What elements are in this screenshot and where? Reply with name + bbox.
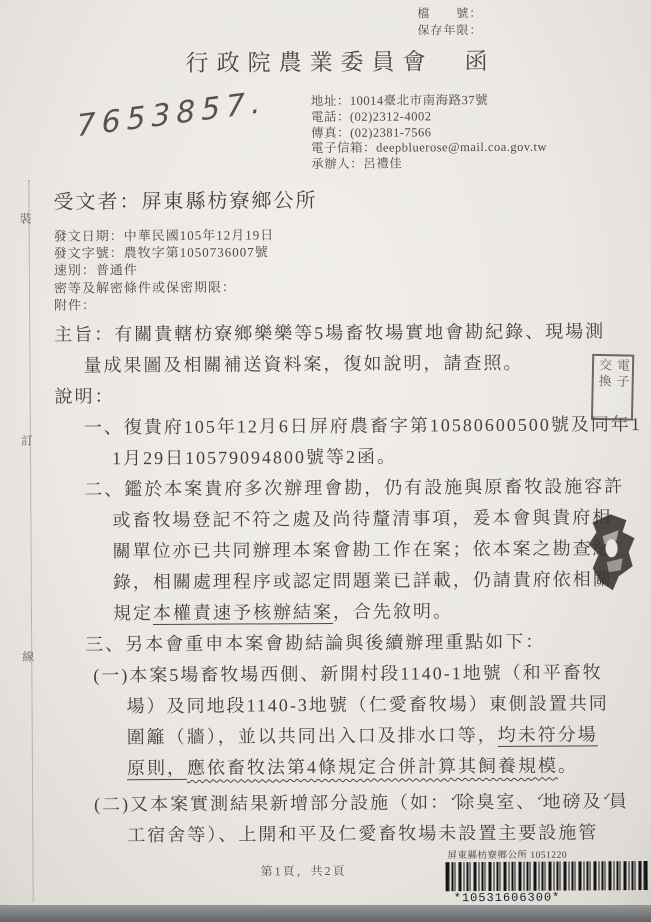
meta-line: 附件：: [54, 295, 275, 314]
sender-info-line: 電話：(02)2312-4002: [311, 108, 547, 125]
barcode-block: 屏東縣枋寮鄉公所 1051220 *10531606300*: [445, 846, 645, 905]
barcode-number: *10531606300*: [454, 890, 646, 905]
paper-sheet: 檔 號： 保存年限： 行政院農業委員會 函 7653857. 地址：10014臺…: [0, 0, 651, 906]
ink-stamp-fragment: [582, 510, 645, 608]
letter-body: 主旨：有關貴轄枋寮鄉樂樂等5場畜牧場實地會勘紀錄、現場測量成果圖及相關補送資料案…: [54, 316, 647, 852]
body-line: 規定本權責速予核辦結案，合先敘明。: [113, 595, 646, 629]
body-line: 量成果圖及相關補送資料案，復如說明，請查照。: [83, 347, 644, 381]
handwritten-reference-number: 7653857.: [76, 85, 266, 145]
body-line: 錄，相關處理程序或認定問題業已詳載，仍請貴府依相關: [113, 564, 646, 598]
sender-info-line: 地址：10014臺北市南海路37號: [311, 93, 547, 110]
body-line: 原則，應依畜牧法第4條規定合併計算其飼養規模。: [127, 750, 647, 784]
body-line: 關單位亦已共同辦理本案會勘工作在案；依本案之勘查紀: [113, 533, 646, 567]
document-meta-block: 發文日期：中華民國105年12月19日發文字號：農牧字第1050736007號速…: [54, 226, 275, 313]
body-line: 場）及同地段1140-3地號（仁愛畜牧場）東側設置共同: [126, 688, 646, 722]
stamp-text-column: 電子: [613, 358, 630, 416]
body-line: 一、復貴府105年12月6日屏府農畜字第10580600500號及同年1: [84, 409, 645, 443]
barcode-icon: [446, 861, 648, 891]
meta-line: 發文日期：中華民國105年12月19日: [54, 226, 275, 245]
body-line: (一)本案5場畜牧場西側、新開村段1140-1地號（和平畜牧: [93, 657, 646, 691]
sender-info-line: 承辦人：呂禮佳: [311, 156, 547, 173]
body-line: 三、另本會重申本案會勘結論與後續辦理重點如下：: [85, 626, 646, 660]
binding-mark: 訂: [21, 432, 33, 449]
meta-line: 速別：普通件: [54, 261, 275, 280]
recipient-line: 受文者：屏東縣枋寮鄉公所: [53, 184, 317, 215]
body-line: 或畜牧場登記不符之處及尚待釐清事項，爰本會與貴府相: [112, 502, 645, 536]
document-title: 行政院農業委員會 函: [186, 43, 496, 78]
body-line: 圍籬（牆），並以共同出入口及排水口等，均未符分場: [127, 719, 647, 753]
body-line: 主旨：有關貴轄枋寮鄉樂樂等5場畜牧場實地會勘紀錄、現場測: [54, 316, 644, 351]
archive-labels: 檔 號： 保存年限：: [417, 5, 482, 39]
body-line: 1月29日10579094800號等2函。: [112, 440, 645, 474]
scanned-letter-photo: 檔 號： 保存年限： 行政院農業委員會 函 7653857. 地址：10014臺…: [0, 0, 651, 922]
binding-mark: 線: [22, 648, 34, 665]
body-line: (二)又本案實測結果新增部分設施（如：✓除臭室、✓地磅及✓員: [94, 781, 647, 820]
retention-period-label: 保存年限：: [417, 22, 482, 39]
barcode-office-label: 屏東縣枋寮鄉公所 1051220: [447, 846, 645, 861]
stamp-text-column: 交換: [595, 358, 612, 416]
binding-margin-marks: 裝訂線: [0, 0, 648, 2]
sender-contact-block: 地址：10014臺北市南海路37號電話：(02)2312-4002傳真：(02)…: [311, 93, 547, 173]
file-number-label: 檔 號：: [417, 5, 482, 22]
body-line: 二、鑑於本案貴府多次辦理會勘，仍有設施與原畜牧設施容許: [84, 471, 645, 505]
desk-background-strip: [0, 905, 651, 922]
binding-dotted-line: [28, 180, 33, 902]
sender-info-line: 電子信箱：deepbluerose@mail.coa.gov.tw: [311, 140, 547, 157]
meta-line: 發文字號：農牧字第1050736007號: [54, 244, 275, 263]
body-line: 說明：: [55, 378, 645, 413]
binding-mark: 裝: [20, 210, 32, 227]
electronic-exchange-stamp: 電子交換: [591, 354, 634, 421]
page-number-info: 第1頁，共2頁: [260, 862, 346, 880]
meta-line: 密等及解密條件或保密期限：: [54, 278, 275, 297]
document-content: 檔 號： 保存年限： 行政院農業委員會 函 7653857. 地址：10014臺…: [0, 0, 651, 908]
